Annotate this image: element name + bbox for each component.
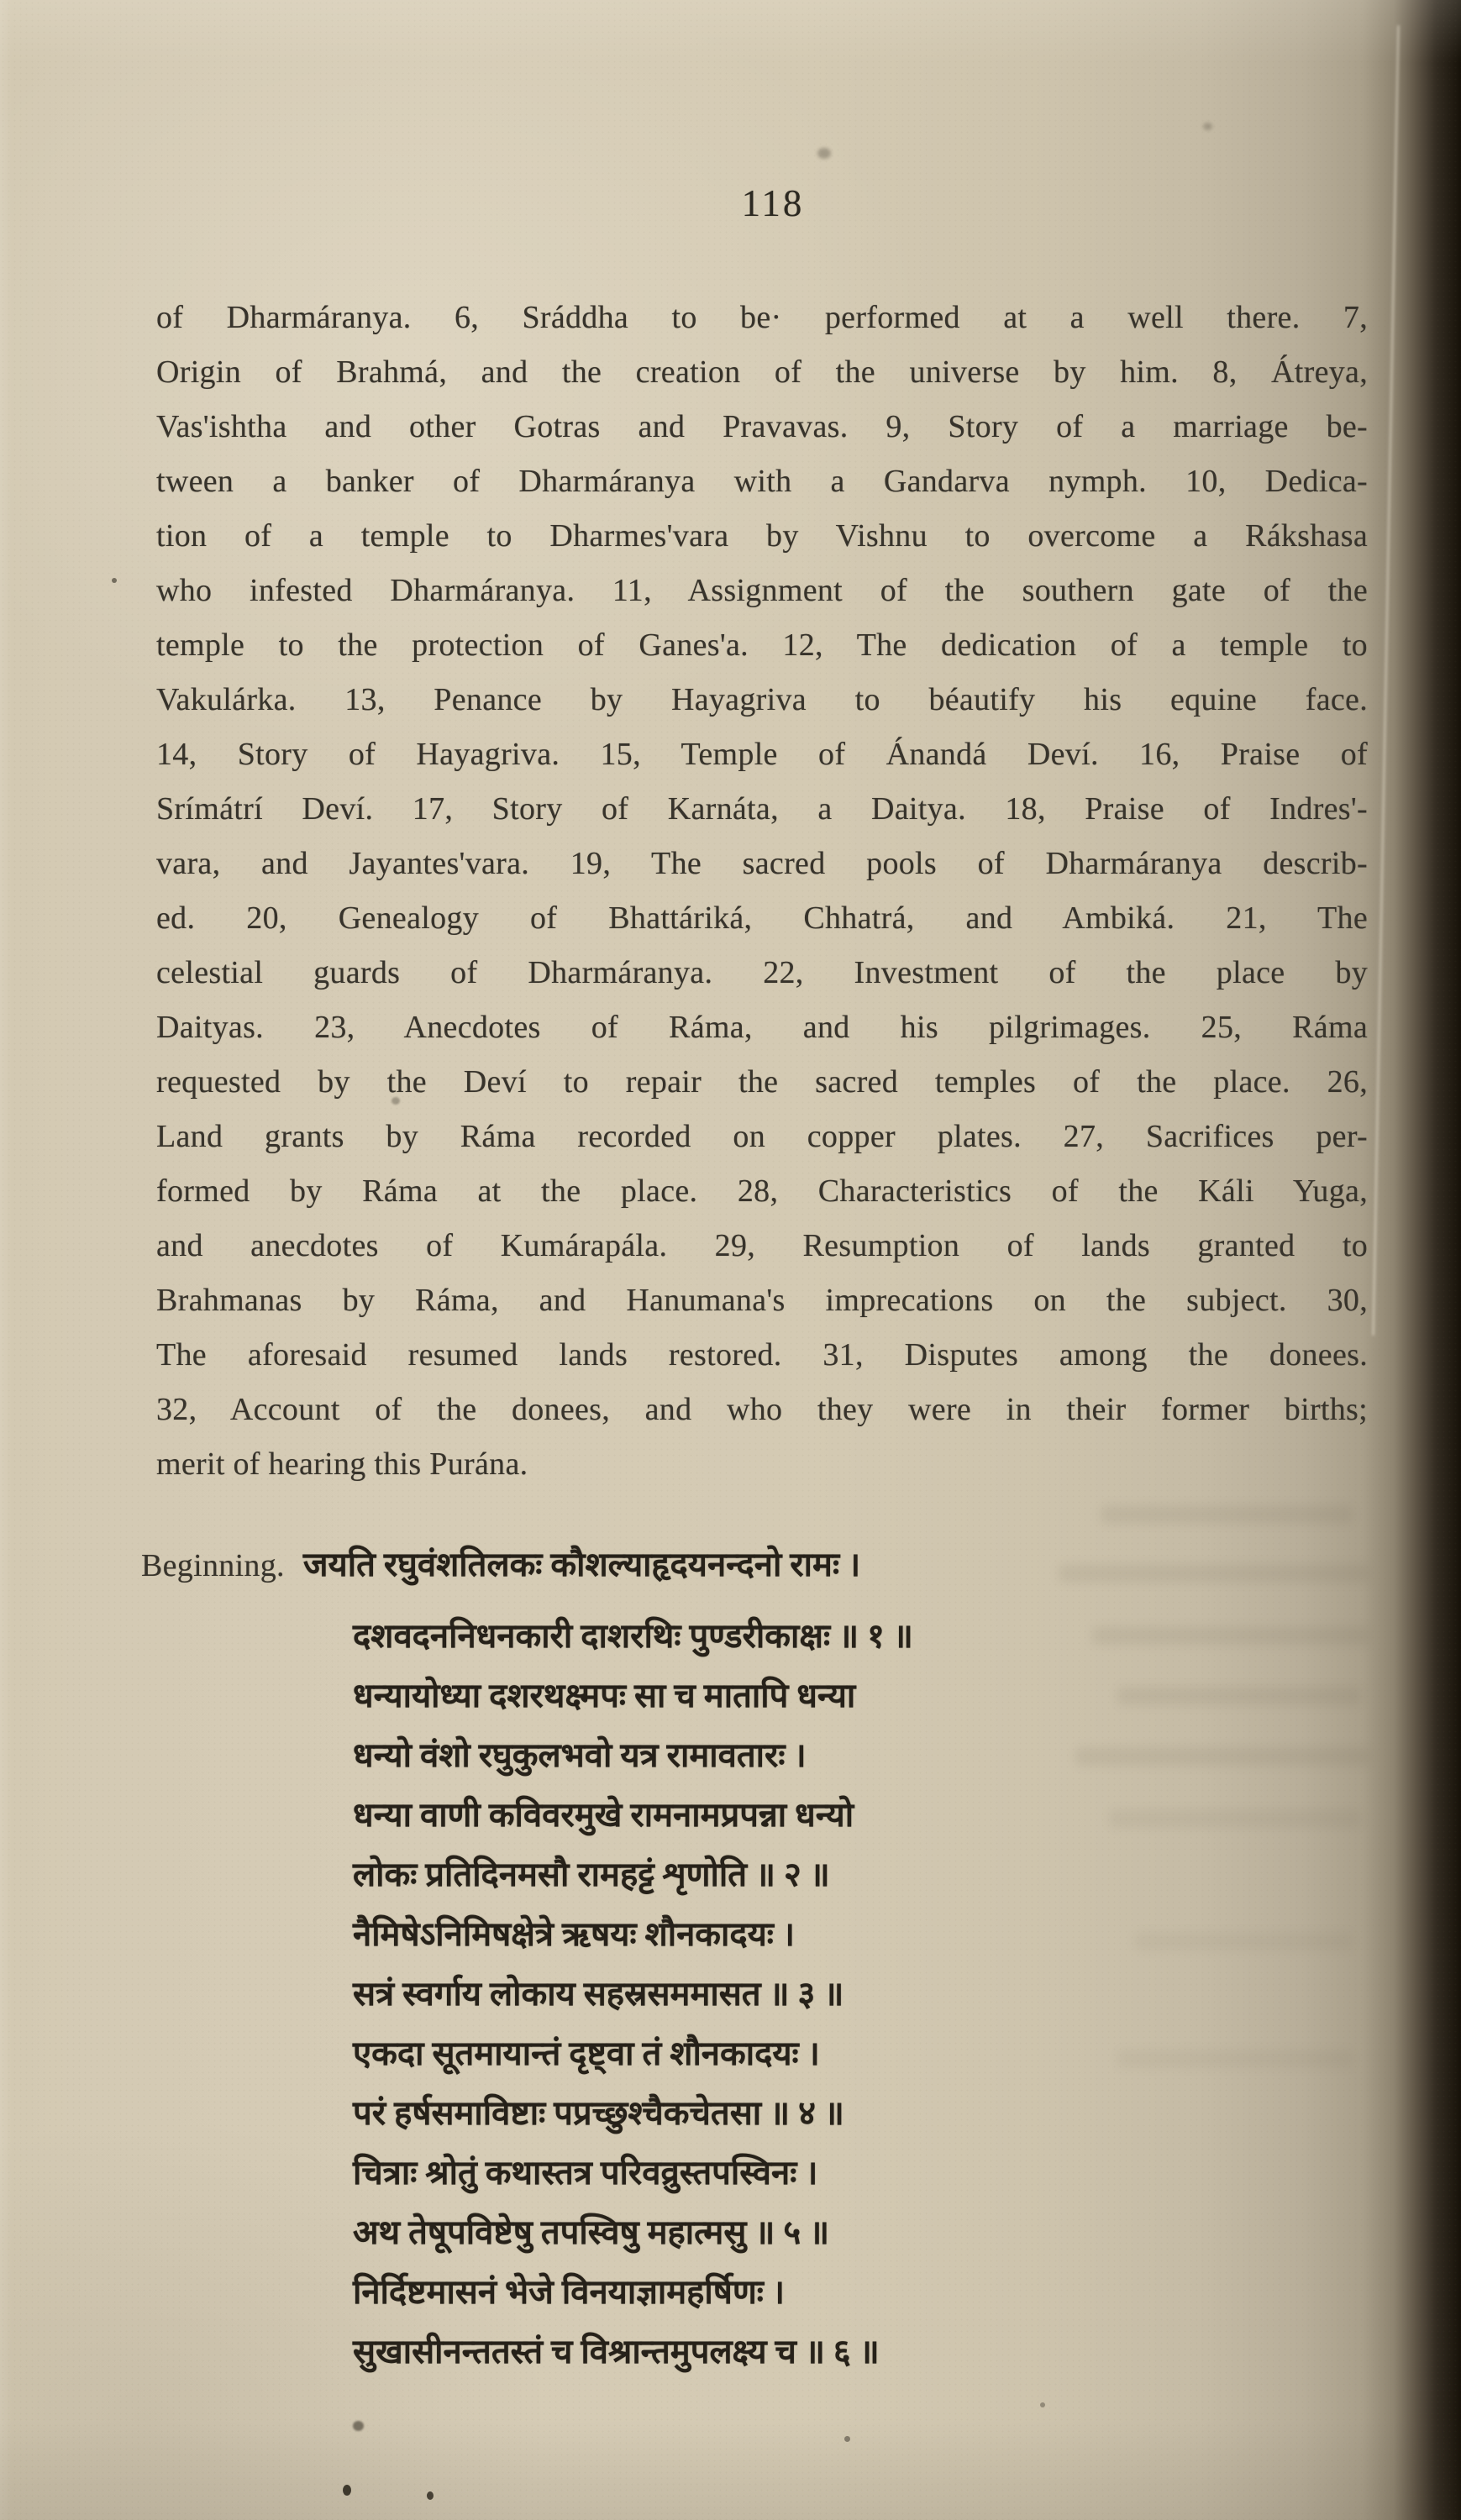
scanned-book-page: 118 of Dharmáranya. 6, Sráddha to be· pe… (0, 0, 1461, 2520)
contents-line: and anecdotes of Kumárapála. 29, Resumpt… (156, 1219, 1368, 1273)
contents-line: celestial guards of Dharmáranya. 22, Inv… (156, 946, 1368, 1000)
ink-speck (817, 148, 831, 159)
contents-line: ed. 20, Genealogy of Bhattáriká, Chhatrá… (156, 891, 1368, 946)
contents-line: requested by the Deví to repair the sacr… (156, 1055, 1368, 1110)
contents-line: tween a banker of Dharmáranya with a Gan… (156, 454, 1368, 509)
ink-speck (392, 1097, 400, 1105)
contents-line: tion of a temple to Dharmes'vara by Vish… (156, 509, 1368, 564)
contents-line: formed by Ráma at the place. 28, Charact… (156, 1164, 1368, 1219)
showthrough-smudge (1075, 1747, 1369, 1766)
contents-line: 14, Story of Hayagriva. 15, Temple of Án… (156, 727, 1368, 782)
sanskrit-verse-line: लोकः प्रतिदिनमसौ रामहट्टं शृणोति ॥ २ ॥ (353, 1845, 1277, 1904)
sanskrit-verse-block: दशवदननिधनकारी दाशरथिः पुण्डरीकाक्षः ॥ १ … (353, 1606, 1277, 2381)
showthrough-smudge (1117, 2050, 1353, 2068)
showthrough-smudge (1134, 1932, 1353, 1950)
ink-speck (1203, 123, 1212, 130)
ink-speck (112, 578, 117, 583)
ink-speck (353, 2421, 364, 2431)
contents-line: of Dharmáranya. 6, Sráddha to be· perfor… (156, 291, 1368, 345)
contents-line: Brahmanas by Ráma, and Hanumana's imprec… (156, 1273, 1368, 1328)
sanskrit-verse-line: सत्रं स्वर्गाय लोकाय सहस्रसममासत ॥ ३ ॥ (353, 1964, 1277, 2024)
sanskrit-verse-line: परं हर्षसमाविष्टाः पप्रच्छुश्चैकचेतसा ॥ … (353, 2083, 1277, 2143)
showthrough-smudge (1092, 1626, 1369, 1645)
ink-speck (1040, 2402, 1045, 2407)
contents-line: The aforesaid resumed lands restored. 31… (156, 1328, 1368, 1383)
contents-line: 32, Account of the donees, and who they … (156, 1383, 1368, 1437)
page-number: 118 (721, 181, 825, 225)
contents-line: Daityas. 23, Anecdotes of Ráma, and his … (156, 1000, 1368, 1055)
sanskrit-verse-line: चित्राः श्रोतुं कथास्तत्र परिवव्रुस्तपस्… (353, 2143, 1277, 2202)
contents-line: Land grants by Ráma recorded on copper p… (156, 1110, 1368, 1164)
showthrough-smudge (1059, 1564, 1369, 1583)
contents-line: who infested Dharmáranya. 11, Assignment… (156, 564, 1368, 618)
page-crease (1372, 25, 1400, 1336)
sanskrit-verse-line: निर्दिष्टमासनं भेजे विनयाज्ञामहर्षिणः । (353, 2262, 1277, 2322)
showthrough-smudge (1109, 1809, 1361, 1828)
sanskrit-verse-line-1: जयति रघुवंशतिलकः कौशल्याहृदयनन्दनो रामः … (303, 1546, 860, 1583)
contents-line: Vas'ishtha and other Gotras and Pravavas… (156, 400, 1368, 454)
sanskrit-verse-line: सुखासीनन्ततस्तं च विश्रान्तमुपलक्ष्य च ॥… (353, 2322, 1277, 2381)
beginning-label: Beginning. (141, 1548, 285, 1583)
contents-line: temple to the protection of Ganes'a. 12,… (156, 618, 1368, 673)
showthrough-smudge (1101, 1505, 1353, 1524)
showthrough-smudge (1117, 1687, 1361, 1705)
ink-speck (343, 2485, 351, 2496)
contents-paragraph-final-line: merit of hearing this Purána. (156, 1437, 1368, 1492)
ink-speck (844, 2436, 850, 2442)
contents-line: vara, and Jayantes'vara. 19, The sacred … (156, 837, 1368, 891)
contents-line: Origin of Brahmá, and the creation of th… (156, 345, 1368, 400)
contents-line: Srímátrí Deví. 17, Story of Karnáta, a D… (156, 782, 1368, 837)
contents-paragraph: of Dharmáranya. 6, Sráddha to be· perfor… (156, 291, 1368, 1437)
contents-line: Vakulárka. 13, Penance by Hayagriva to b… (156, 673, 1368, 727)
ink-speck (427, 2491, 434, 2500)
sanskrit-verse-line: अथ तेषूपविष्टेषु तपस्विषु महात्मसु ॥ ५ ॥ (353, 2202, 1277, 2262)
